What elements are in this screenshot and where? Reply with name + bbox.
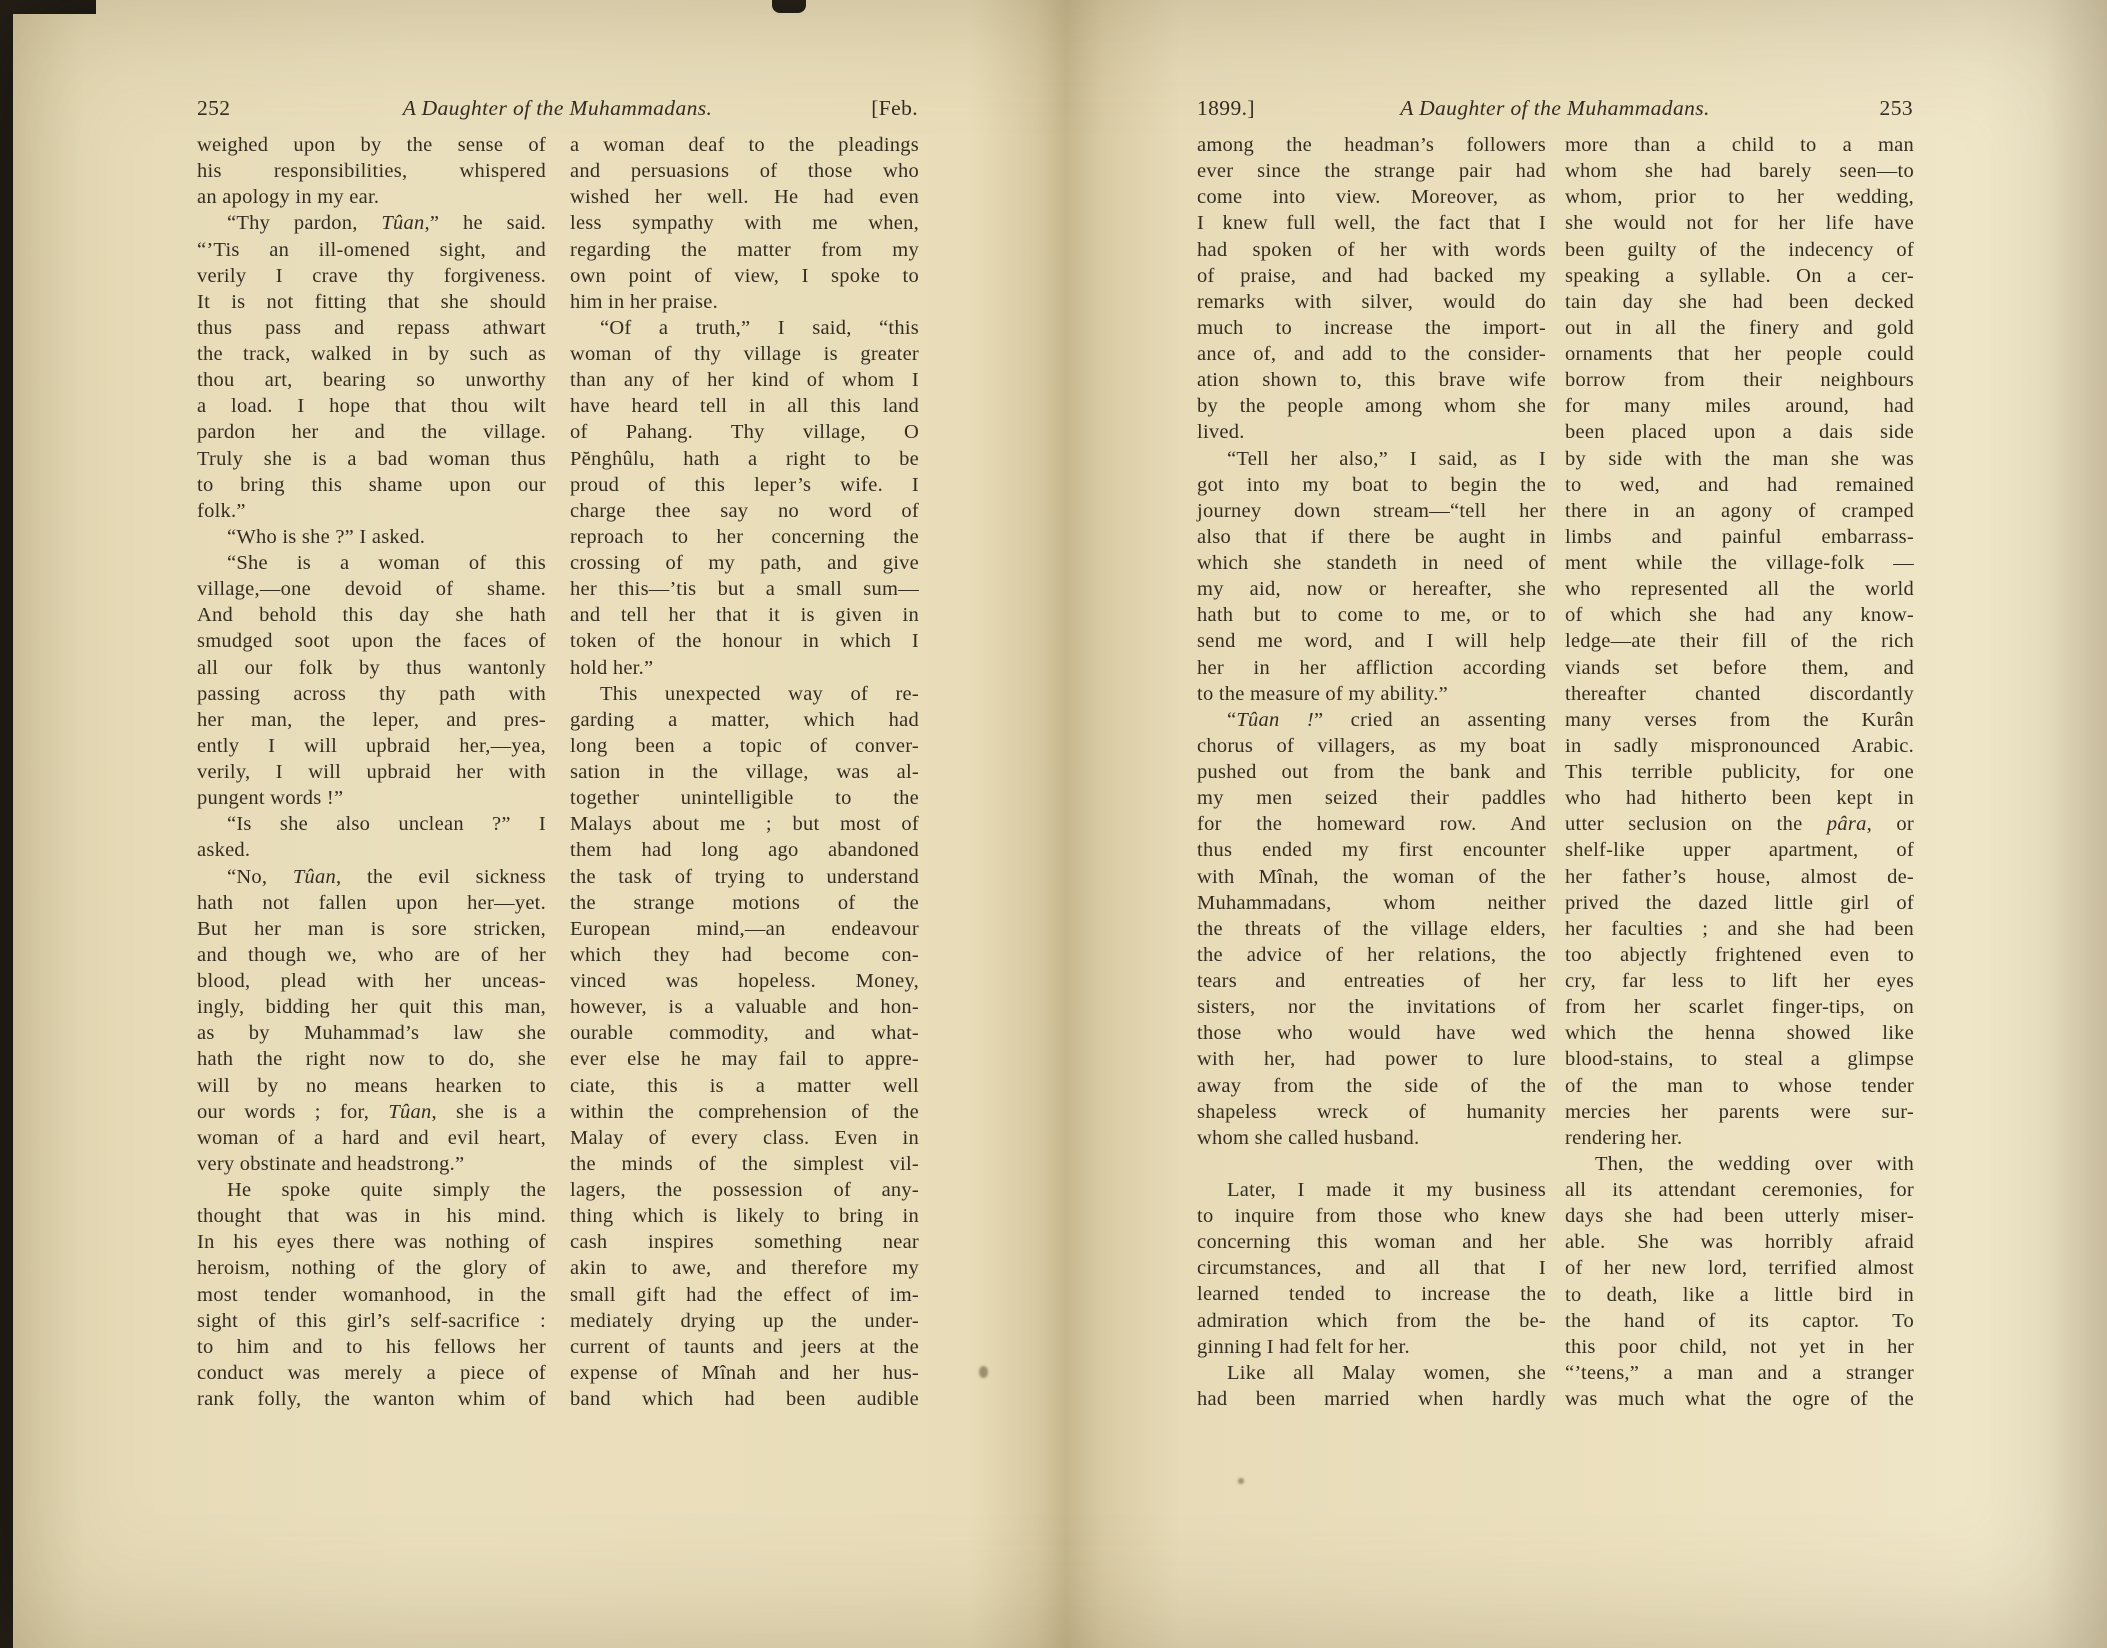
text-line: a load. I hope that thou wilt [197, 393, 546, 419]
text-line: ance of, and add to the consider- [1197, 341, 1546, 367]
text-line: verily I crave thy forgiveness. [197, 263, 546, 289]
scan-edge-right [2045, 0, 2107, 1648]
text-line: “’teens,” a man and a stranger [1565, 1360, 1914, 1386]
text-line: and though we, who are of her [197, 942, 546, 968]
text-line: her this—’tis but a small sum— [570, 576, 919, 602]
text-line: a woman deaf to the pleadings [570, 132, 919, 158]
text-line: sation in the village, was al- [570, 759, 919, 785]
text-line: more than a child to a man [1565, 132, 1914, 158]
text-line: smudged soot upon the faces of [197, 628, 546, 654]
text-line: utter seclusion on the pâra, or [1565, 811, 1914, 837]
text-line: “Who is she ?” I asked. [197, 524, 546, 550]
text-line: thing which is likely to bring in [570, 1203, 919, 1229]
paragraph: This unexpected way of re-garding a matt… [570, 681, 919, 1413]
text-line: token of the honour in which I [570, 628, 919, 654]
text-line: an apology in my ear. [197, 184, 546, 210]
paper-speck [1238, 1478, 1244, 1484]
text-line: “No, Tûan, the evil sickness [197, 864, 546, 890]
text-line: by the people among whom she [1197, 393, 1546, 419]
scan-edge-left [0, 0, 13, 1648]
text-line: lived. [1197, 419, 1546, 445]
text-line: rank folly, the wanton whim of [197, 1386, 546, 1412]
text-line: admiration which from the be- [1197, 1308, 1546, 1334]
text-line: to inquire from those who knew [1197, 1203, 1546, 1229]
text-line: current of taunts and jeers at the [570, 1334, 919, 1360]
text-line: whom she had barely seen—to [1565, 158, 1914, 184]
text-line: of her new lord, terrified almost [1565, 1255, 1914, 1281]
text-line: which the henna showed like [1565, 1020, 1914, 1046]
text-line: come into view. Moreover, as [1197, 184, 1546, 210]
text-line: reproach to her concerning the [570, 524, 919, 550]
text-line: together unintelligible to the [570, 785, 919, 811]
text-line: thus ended my first encounter [1197, 837, 1546, 863]
text-line: woman of a hard and evil heart, [197, 1125, 546, 1151]
text-line: too abjectly frightened even to [1565, 942, 1914, 968]
text-line: my men seized their paddles [1197, 785, 1546, 811]
text-line: the strange motions of the [570, 890, 919, 916]
text-line: weighed upon by the sense of [197, 132, 546, 158]
text-line: to the measure of my ability.” [1197, 681, 1546, 707]
text-line: ently I will upbraid her,—yea, [197, 733, 546, 759]
text-line: ledge—ate their fill of the rich [1565, 628, 1914, 654]
text-line: passing across thy path with [197, 681, 546, 707]
book-scan-spread: 252 A Daughter of the Muhammadans. [Feb.… [0, 0, 2107, 1648]
page-number: 253 [1880, 95, 1913, 121]
running-title: A Daughter of the Muhammadans. [1197, 95, 1913, 121]
text-line: those who would have wed [1197, 1020, 1546, 1046]
text-line: will by no means hearken to [197, 1073, 546, 1099]
text-line: It is not fitting that she should [197, 289, 546, 315]
text-line: sisters, nor the invitations of [1197, 994, 1546, 1020]
text-line: of which she had any know- [1565, 602, 1914, 628]
text-line: rendering her. [1565, 1125, 1914, 1151]
text-line: which they had become con- [570, 942, 919, 968]
text-line: ciate, this is a matter well [570, 1073, 919, 1099]
paragraph: Then, the wedding over withall its atten… [1565, 1151, 1914, 1412]
text-line: which she standeth in need of [1197, 550, 1546, 576]
text-line: blood-stains, to steal a glimpse [1565, 1046, 1914, 1072]
text-line: had spoken of her with words [1197, 237, 1546, 263]
text-line: out in all the finery and gold [1565, 315, 1914, 341]
text-line: folk.” [197, 498, 546, 524]
text-line: charge thee say no word of [570, 498, 919, 524]
text-line: in sadly mispronounced Arabic. [1565, 733, 1914, 759]
paragraph: weighed upon by the sense ofhis responsi… [197, 132, 546, 210]
text-line: able. She was horribly afraid [1565, 1229, 1914, 1255]
text-line: this poor child, not yet in her [1565, 1334, 1914, 1360]
text-line: shapeless wreck of humanity [1197, 1099, 1546, 1125]
text-line: and tell her that it is given in [570, 602, 919, 628]
text-line: of the man to whose tender [1565, 1073, 1914, 1099]
text-line: mercies her parents were sur- [1565, 1099, 1914, 1125]
text-line: however, is a valuable and hon- [570, 994, 919, 1020]
text-line: his responsibilities, whispered [197, 158, 546, 184]
text-line: verily, I will upbraid her with [197, 759, 546, 785]
text-line: all its attendant ceremonies, for [1565, 1177, 1914, 1203]
text-line: Later, I made it my business [1197, 1177, 1546, 1203]
text-line: He spoke quite simply the [197, 1177, 546, 1203]
text-line: conduct was merely a piece of [197, 1360, 546, 1386]
text-line: small gift had the effect of im- [570, 1282, 919, 1308]
paper-speck [979, 1366, 988, 1378]
text-line: tain day she had been decked [1565, 289, 1914, 315]
text-line: Truly she is a bad woman thus [197, 446, 546, 472]
text-line: with her, had power to lure [1197, 1046, 1546, 1072]
paragraph: Like all Malay women, shehad been marrie… [1197, 1360, 1546, 1412]
text-line: the threats of the village elders, [1197, 916, 1546, 942]
text-column: among the headman’s followersever since … [1197, 132, 1546, 1412]
text-line: ever else he may fail to appre- [570, 1046, 919, 1072]
scan-edge-top-left [0, 0, 96, 14]
text-line: thou art, bearing so unworthy [197, 367, 546, 393]
text-line: ourable commodity, and what- [570, 1020, 919, 1046]
text-line: the task of trying to understand [570, 864, 919, 890]
text-column: a woman deaf to the pleadingsand persuas… [570, 132, 919, 1412]
text-line: journey down stream—“tell her [1197, 498, 1546, 524]
text-line: viands set before them, and [1565, 655, 1914, 681]
text-column: more than a child to a manwhom she had b… [1565, 132, 1914, 1412]
text-line: remarks with silver, would do [1197, 289, 1546, 315]
text-line: “She is a woman of this [197, 550, 546, 576]
text-line: “Is she also unclean ?” I [197, 811, 546, 837]
text-line: all our folk by thus wantonly [197, 655, 546, 681]
text-line: hath not fallen upon her—yet. [197, 890, 546, 916]
text-line: send me word, and I will help [1197, 628, 1546, 654]
text-line: crossing of my path, and give [570, 550, 919, 576]
text-line: heroism, nothing of the glory of [197, 1255, 546, 1281]
text-line: for the homeward row. And [1197, 811, 1546, 837]
text-line: This terrible publicity, for one [1565, 759, 1914, 785]
text-line: among the headman’s followers [1197, 132, 1546, 158]
paragraph: “Tûan !” cried an assentingchorus of vil… [1197, 707, 1546, 1151]
paragraph: “No, Tûan, the evil sicknesshath not fal… [197, 864, 546, 1178]
text-line: thus pass and repass athwart [197, 315, 546, 341]
text-line: wished her well. He had even [570, 184, 919, 210]
page-header: 1899.] A Daughter of the Muhammadans. 25… [1197, 95, 1913, 121]
text-line: of Pahang. Thy village, O [570, 419, 919, 445]
text-line: him in her praise. [570, 289, 919, 315]
text-line: expense of Mînah and her hus- [570, 1360, 919, 1386]
text-line: very obstinate and headstrong.” [197, 1151, 546, 1177]
text-line: there in an agony of cramped [1565, 498, 1914, 524]
text-line: to bring this shame upon our [197, 472, 546, 498]
text-line: ation shown to, this brave wife [1197, 367, 1546, 393]
text-line: blood, plead with her unceas- [197, 968, 546, 994]
text-line: own point of view, I spoke to [570, 263, 919, 289]
text-line: who had hitherto been kept in [1565, 785, 1914, 811]
text-line: band which had been audible [570, 1386, 919, 1412]
text-line: limbs and painful embarrass- [1565, 524, 1914, 550]
text-line: Malay of every class. Even in [570, 1125, 919, 1151]
text-line: hath but to come to me, or to [1197, 602, 1546, 628]
text-line: garding a matter, which had [570, 707, 919, 733]
text-line: to him and to his fellows her [197, 1334, 546, 1360]
text-line: whom she called husband. [1197, 1125, 1546, 1151]
text-line: had been married when hardly [1197, 1386, 1546, 1412]
paragraph: “Tell her also,” I said, as Igot into my… [1197, 446, 1546, 707]
text-line: In his eyes there was nothing of [197, 1229, 546, 1255]
text-line: them had long ago abandoned [570, 837, 919, 863]
text-line: Like all Malay women, she [1197, 1360, 1546, 1386]
text-line: days she had been utterly miser- [1565, 1203, 1914, 1229]
text-line: hath the right now to do, she [197, 1046, 546, 1072]
text-line: the hand of its captor. To [1565, 1308, 1914, 1334]
text-line: European mind,—an endeavour [570, 916, 919, 942]
text-line: got into my boat to begin the [1197, 472, 1546, 498]
text-line: the advice of her relations, the [1197, 942, 1546, 968]
text-line: “’Tis an ill-omened sight, and [197, 237, 546, 263]
page-header: 252 A Daughter of the Muhammadans. [Feb. [197, 95, 918, 121]
text-line: cash inspires something near [570, 1229, 919, 1255]
text-line: proud of this leper’s wife. I [570, 472, 919, 498]
text-line: ment while the village-folk — [1565, 550, 1914, 576]
text-line: mediately drying up the under- [570, 1308, 919, 1334]
text-line: learned tended to increase the [1197, 1281, 1546, 1307]
text-line: Pĕnghûlu, hath a right to be [570, 446, 919, 472]
text-line: as by Muhammad’s law she [197, 1020, 546, 1046]
paragraph: “Of a truth,” I said, “thiswoman of thy … [570, 315, 919, 681]
text-line: less sympathy with me when, [570, 210, 919, 236]
text-line: thereafter chanted discordantly [1565, 681, 1914, 707]
text-line: within the comprehension of the [570, 1099, 919, 1125]
text-line: many verses from the Kurân [1565, 707, 1914, 733]
text-line: Then, the wedding over with [1565, 1151, 1914, 1177]
text-line: whom, prior to her wedding, [1565, 184, 1914, 210]
text-line: regarding the matter from my [570, 237, 919, 263]
text-line: she would not for her life have [1565, 210, 1914, 236]
text-line: I knew full well, the fact that I [1197, 210, 1546, 236]
paragraph: a woman deaf to the pleadingsand persuas… [570, 132, 919, 315]
text-line: “Tell her also,” I said, as I [1197, 446, 1546, 472]
text-line: Malays about me ; but most of [570, 811, 919, 837]
text-line: her in her affliction according [1197, 655, 1546, 681]
text-line: for many miles around, had [1565, 393, 1914, 419]
text-line: most tender womanhood, in the [197, 1282, 546, 1308]
text-line: her faculties ; and she had been [1565, 916, 1914, 942]
text-line: borrow from their neighbours [1565, 367, 1914, 393]
text-line: from her scarlet finger-tips, on [1565, 994, 1914, 1020]
text-line: also that if there be aught in [1197, 524, 1546, 550]
text-line: hold her.” [570, 655, 919, 681]
text-line: her father’s house, almost de- [1565, 864, 1914, 890]
text-line: This unexpected way of re- [570, 681, 919, 707]
text-line: sight of this girl’s self-sacrifice : [197, 1308, 546, 1334]
text-line: village,—one devoid of shame. [197, 576, 546, 602]
text-line: woman of thy village is greater [570, 341, 919, 367]
text-line: by side with the man she was [1565, 446, 1914, 472]
issue-date: [Feb. [871, 95, 918, 121]
text-line: tears and entreaties of her [1197, 968, 1546, 994]
text-line: thought that was in his mind. [197, 1203, 546, 1229]
text-line: akin to awe, and therefore my [570, 1255, 919, 1281]
text-line: my aid, now or hereafter, she [1197, 576, 1546, 602]
text-line: “Tûan !” cried an assenting [1197, 707, 1546, 733]
text-line: concerning this woman and her [1197, 1229, 1546, 1255]
text-line: “Thy pardon, Tûan,” he said. [197, 210, 546, 236]
running-title: A Daughter of the Muhammadans. [197, 95, 918, 121]
text-line: ingly, bidding her quit this man, [197, 994, 546, 1020]
text-line: long been a topic of conver- [570, 733, 919, 759]
text-line: who represented all the world [1565, 576, 1914, 602]
paragraph: He spoke quite simply thethought that wa… [197, 1177, 546, 1412]
text-line: her man, the leper, and pres- [197, 707, 546, 733]
text-line: much to increase the import- [1197, 315, 1546, 341]
text-line: the minds of the simplest vil- [570, 1151, 919, 1177]
text-line: speaking a syllable. On a cer- [1565, 263, 1914, 289]
text-line: than any of her kind of whom I [570, 367, 919, 393]
text-line: ginning I had felt for her. [1197, 1334, 1546, 1360]
text-line: to death, like a little bird in [1565, 1282, 1914, 1308]
text-line: ever since the strange pair had [1197, 158, 1546, 184]
paragraph: more than a child to a manwhom she had b… [1565, 132, 1914, 1151]
paragraph: among the headman’s followersever since … [1197, 132, 1546, 446]
text-line: And behold this day she hath [197, 602, 546, 628]
text-line: lagers, the possession of any- [570, 1177, 919, 1203]
text-line: ornaments that her people could [1565, 341, 1914, 367]
text-line: chorus of villagers, as my boat [1197, 733, 1546, 759]
text-line: the track, walked in by such as [197, 341, 546, 367]
text-line: shelf-like upper apartment, of [1565, 837, 1914, 863]
text-line: vinced was hopeless. Money, [570, 968, 919, 994]
text-line: But her man is sore stricken, [197, 916, 546, 942]
paragraph: “Is she also unclean ?” Iasked. [197, 811, 546, 863]
binding-fold-mark [772, 0, 806, 13]
text-line: been guilty of the indecency of [1565, 237, 1914, 263]
text-line: pungent words !” [197, 785, 546, 811]
paragraph: “Who is she ?” I asked. [197, 524, 546, 550]
text-column: weighed upon by the sense ofhis responsi… [197, 132, 546, 1412]
text-line: have heard tell in all this land [570, 393, 919, 419]
text-line: been placed upon a dais side [1565, 419, 1914, 445]
text-line: “Of a truth,” I said, “this [570, 315, 919, 341]
text-line: of praise, and had backed my [1197, 263, 1546, 289]
paragraph: “Thy pardon, Tûan,” he said.“’Tis an ill… [197, 210, 546, 524]
text-line: cry, far less to lift her eyes [1565, 968, 1914, 994]
text-line: away from the side of the [1197, 1073, 1546, 1099]
text-line: pushed out from the bank and [1197, 759, 1546, 785]
text-line: with Mînah, the woman of the [1197, 864, 1546, 890]
paragraph: Later, I made it my businessto inquire f… [1197, 1177, 1546, 1360]
text-line: asked. [197, 837, 546, 863]
text-line: pardon her and the village. [197, 419, 546, 445]
text-line: Muhammadans, whom neither [1197, 890, 1546, 916]
paragraph: “She is a woman of thisvillage,—one devo… [197, 550, 546, 811]
text-line: was much what the ogre of the [1565, 1386, 1914, 1412]
text-line: circumstances, and all that I [1197, 1255, 1546, 1281]
text-line: our words ; for, Tûan, she is a [197, 1099, 546, 1125]
text-line: and persuasions of those who [570, 158, 919, 184]
text-line: to wed, and had remained [1565, 472, 1914, 498]
text-line: prived the dazed little girl of [1565, 890, 1914, 916]
